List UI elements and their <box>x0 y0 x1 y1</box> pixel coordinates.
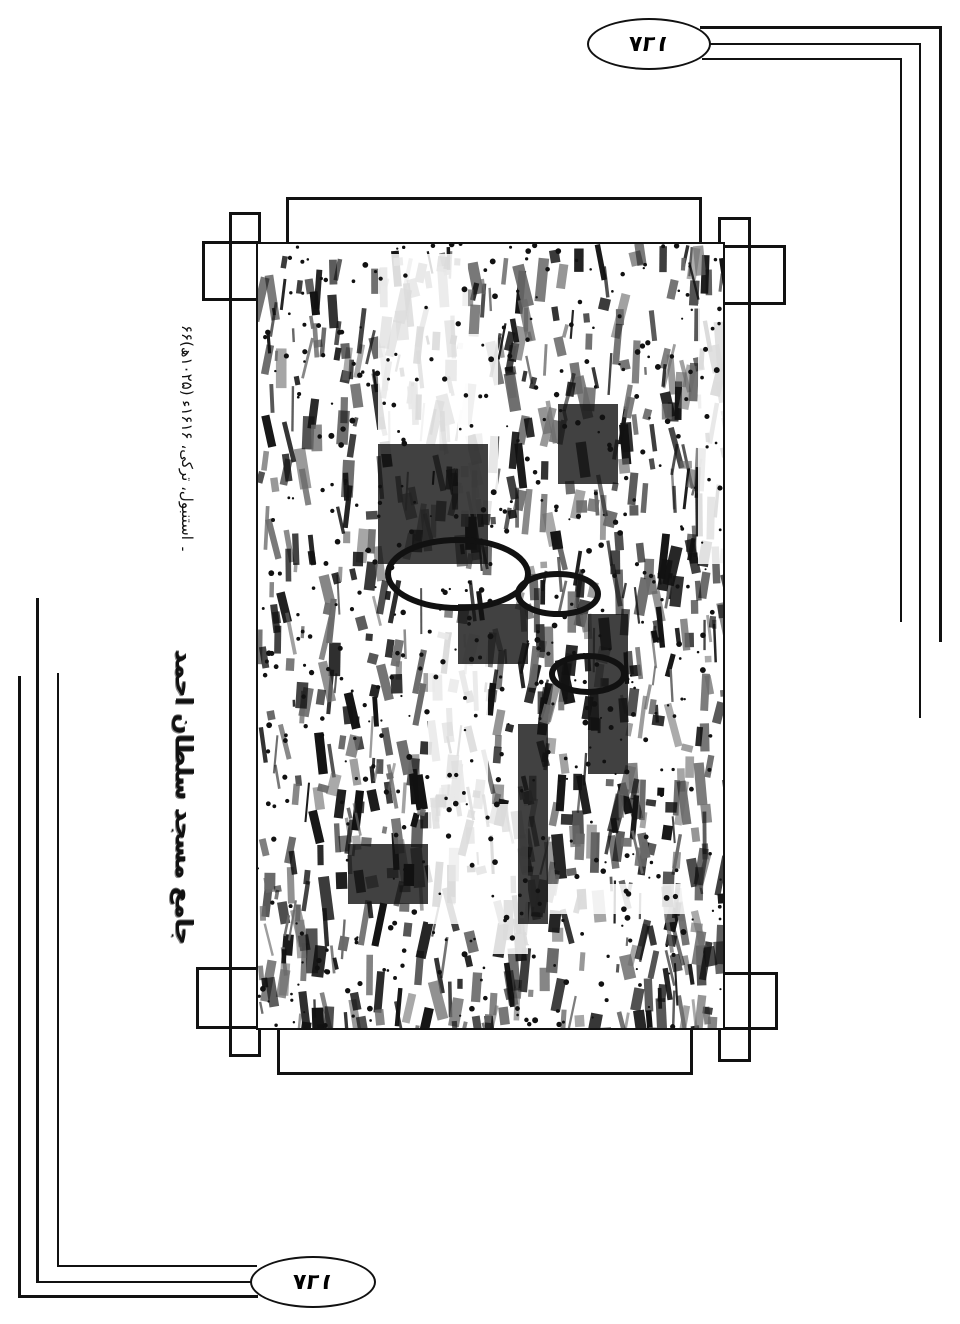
frame-corner-bottom-right <box>720 972 778 1030</box>
page-number-bottom: ١٦٧ <box>293 1270 333 1295</box>
photo-border <box>256 242 725 1030</box>
top-right-rule-mid-v <box>919 43 921 718</box>
figure-caption-title: جامع مسجد سلطان احمد <box>170 650 198 945</box>
page-number-oval-top: ١٦٧ <box>587 18 711 70</box>
figure-caption-subtitle: ۶۶۔ استنبول، ترکی، ۱۶۱۶ء (۱۰۲۵ھ) <box>178 325 196 553</box>
bottom-left-rule-mid-v <box>36 598 39 1283</box>
bottom-left-rule-mid-h <box>36 1281 256 1283</box>
top-right-rule-mid-h <box>705 43 920 45</box>
frame-corner-top-right <box>720 245 786 305</box>
top-right-rule-inner-v <box>900 58 902 622</box>
bottom-left-rule-inner-v <box>57 673 59 1267</box>
top-right-rule-outer-v <box>939 26 942 642</box>
frame-corner-top-left <box>202 241 260 301</box>
page-number-top: ١٦٧ <box>629 32 669 57</box>
bottom-left-rule-outer-h <box>18 1295 258 1298</box>
top-right-rule-outer-h <box>700 26 942 29</box>
bottom-left-rule-inner-h <box>57 1265 257 1267</box>
frame-corner-bottom-left <box>196 967 261 1029</box>
frame-tab-top <box>286 197 702 247</box>
bottom-left-rule-outer-v <box>18 676 21 1298</box>
top-right-rule-inner-h <box>702 58 902 60</box>
page-number-oval-bottom: ١٦٧ <box>250 1256 376 1308</box>
frame-tab-bottom <box>277 1025 693 1075</box>
